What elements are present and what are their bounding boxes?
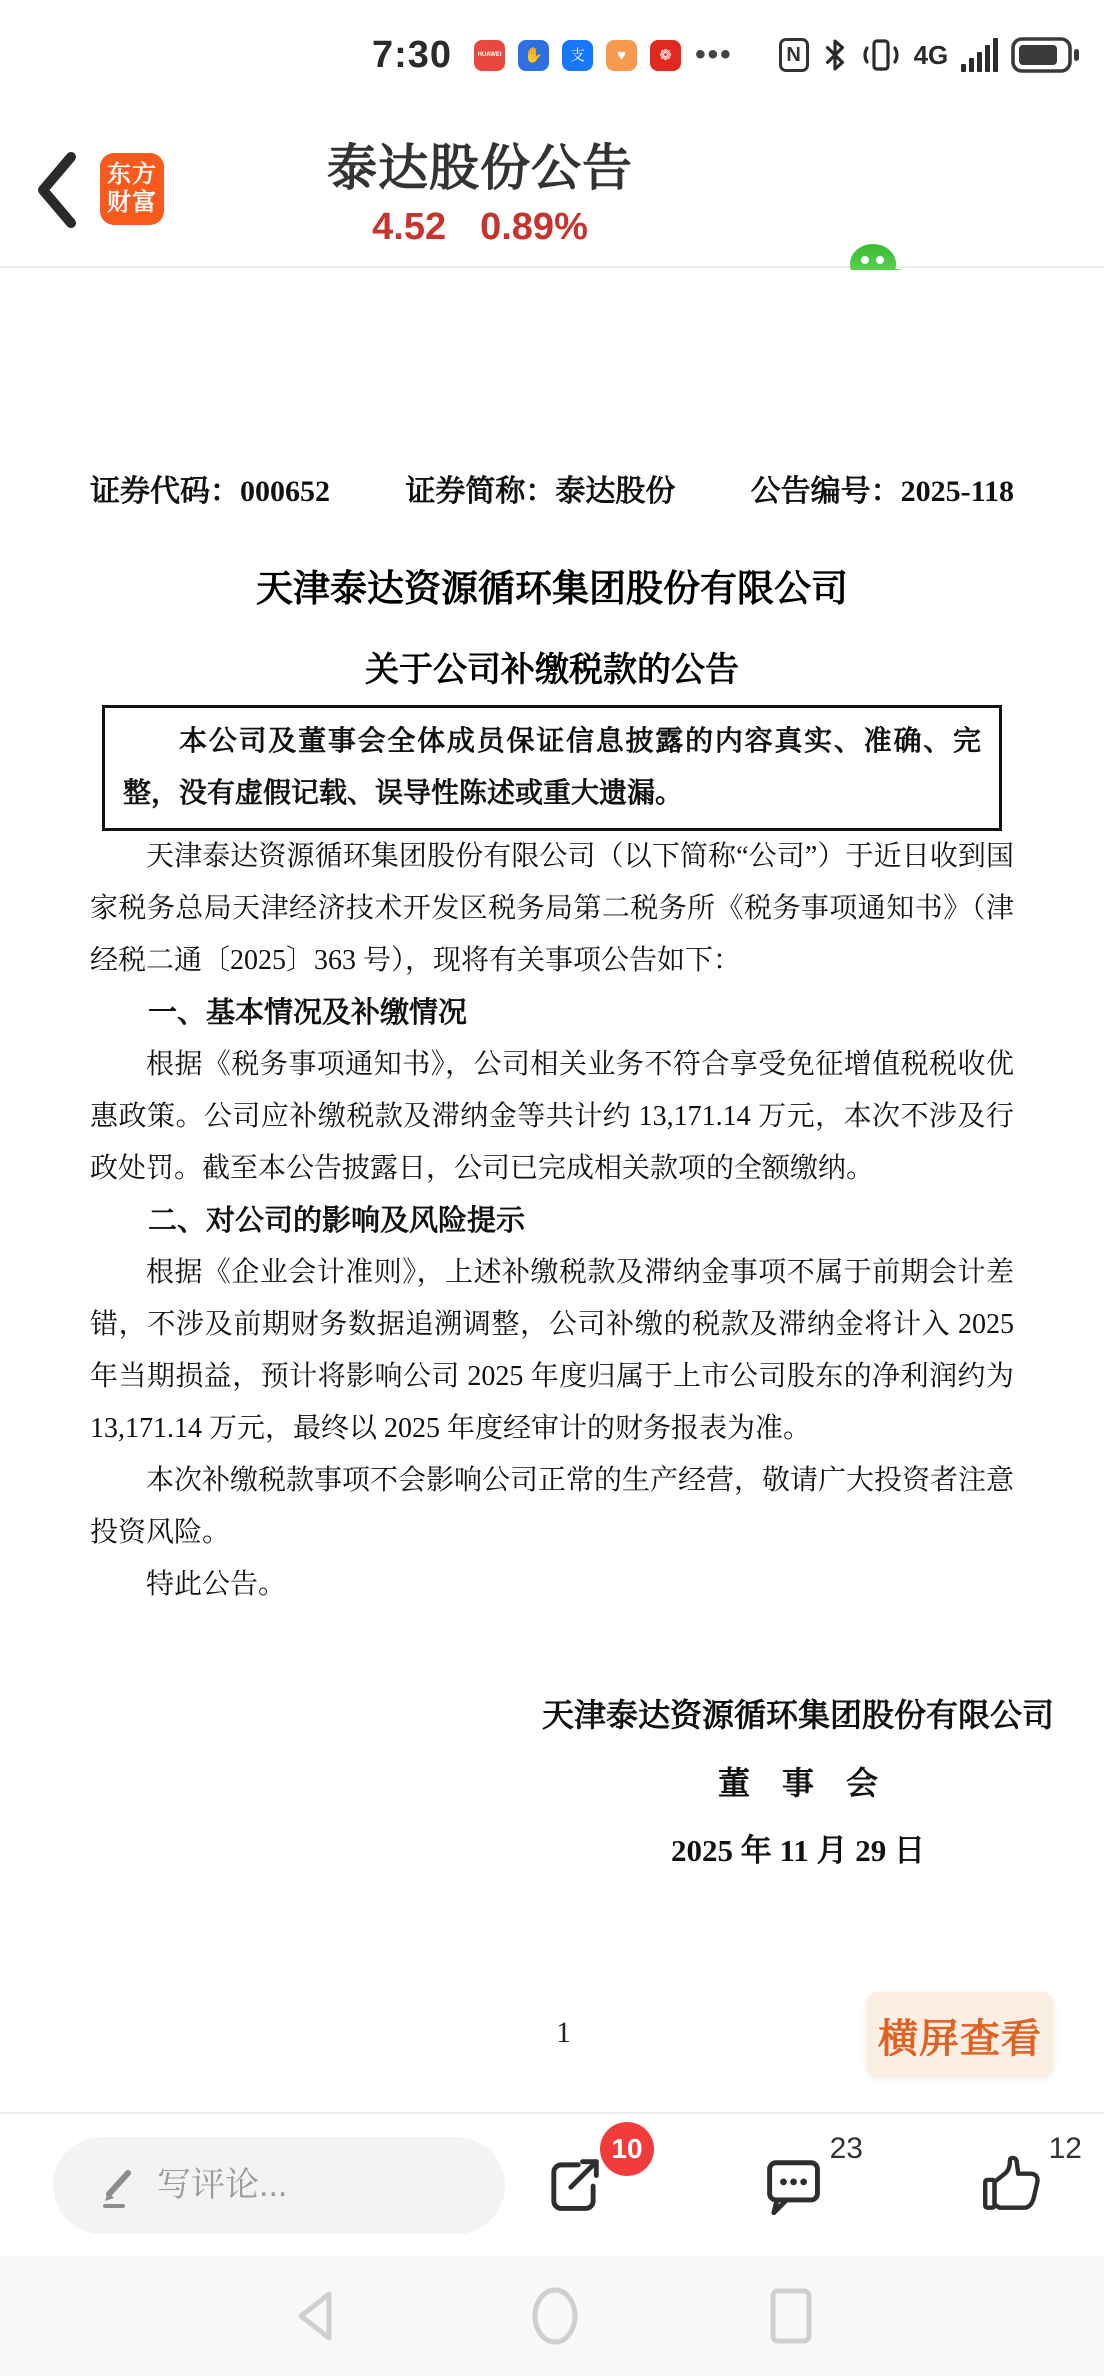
paragraph-intro: 天津泰达资源循环集团股份有限公司（以下简称“公司”）于近日收到国家税务总局天津经… [90,831,1014,987]
notification-app-icons: HUAWEI ✋ 支 ♥ ❁ [474,40,681,71]
clock: 7:30 [372,34,452,77]
bottom-action-bar: 10 23 12 [0,2112,1104,2256]
system-nav-bar [0,2256,1104,2376]
announcement-title: 关于公司补缴税款的公告 [90,642,1014,691]
alipay-app-icon: 支 [562,40,593,71]
app-header: 东方 财富 泰达股份公告 4.520.89% [0,110,1104,268]
signature-board: 董 事 会 [542,1749,1054,1817]
share-icon [540,2148,608,2220]
paragraph-impact: 根据《企业会计准则》，上述补缴税款及滞纳金事项不属于前期会计差错，不涉及前期财务… [90,1247,1014,1455]
thumbs-up-icon [978,2148,1044,2220]
disclaimer-box: 本公司及董事会全体成员保证信息披露的内容真实、准确、完整，没有虚假记载、误导性陈… [102,705,1002,831]
share-button[interactable]: 10 [540,2148,610,2222]
health-app-icon: ♥ [606,40,637,71]
bluetooth-icon [822,37,848,73]
announcement-number: 公告编号：2025-118 [751,466,1014,510]
share-count-badge: 10 [600,2122,654,2176]
comment-count: 23 [830,2132,863,2166]
like-count: 12 [1049,2132,1082,2166]
battery-icon [1011,36,1081,74]
nfc-icon: N [779,38,809,72]
landscape-view-button[interactable]: 横屏查看 [866,1992,1054,2078]
status-icons: N 4G [779,36,1082,74]
paragraph-basic-info: 根据《税务事项通知书》，公司相关业务不符合享受免征增值税税收优惠政策。公司应补缴… [90,1039,1014,1195]
document-meta-row: 证券代码：000652 证券简称：泰达股份 公告编号：2025-118 [90,466,1014,510]
status-bar: 7:30 HUAWEI ✋ 支 ♥ ❁ ••• N 4G [0,0,1104,110]
page-number: 1 [556,2016,571,2050]
security-code: 证券代码：000652 [90,466,330,510]
signature-date: 2025 年 11 月 29 日 [542,1817,1054,1885]
security-short-name: 证券简称：泰达股份 [405,466,675,510]
paragraph-closing: 特此公告。 [90,1559,1014,1611]
stock-change-percent: 0.89% [480,206,588,248]
like-button[interactable]: 12 [978,2148,1048,2222]
document-body: 天津泰达资源循环集团股份有限公司（以下简称“公司”）于近日收到国家税务总局天津经… [90,831,1014,1611]
hand-app-icon: ✋ [518,40,549,71]
signature-company: 天津泰达资源循环集团股份有限公司 [542,1681,1054,1749]
company-name-title: 天津泰达资源循环集团股份有限公司 [90,558,1014,612]
network-type-label: 4G [914,40,949,71]
nav-home-button[interactable] [529,2287,581,2345]
comment-input-pill[interactable] [53,2137,505,2234]
comments-button[interactable]: 23 [759,2148,829,2222]
paragraph-risk: 本次补缴税款事项不会影响公司正常的生产经营，敬请广大投资者注意投资风险。 [90,1455,1014,1559]
announcement-document: 证券代码：000652 证券简称：泰达股份 公告编号：2025-118 天津泰达… [0,270,1104,2112]
section-heading-2: 二、对公司的影响及风险提示 [90,1195,1014,1247]
signal-strength-icon [961,38,998,72]
page-title: 泰达股份公告 [0,128,1032,200]
huawei-app-icon: HUAWEI [474,40,505,71]
heart-app-icon: ❁ [650,40,681,71]
nav-recents-button[interactable] [769,2287,813,2345]
comment-bubble-icon [759,2148,827,2220]
section-heading-1: 一、基本情况及补缴情况 [90,987,1014,1039]
nav-back-button[interactable] [291,2288,341,2344]
comment-input[interactable] [157,2166,457,2205]
more-notifications-icon: ••• [695,38,733,72]
pencil-icon [97,2164,139,2208]
vibrate-icon [861,37,901,73]
stock-price: 4.52 [372,206,446,248]
signature-block: 天津泰达资源循环集团股份有限公司 董 事 会 2025 年 11 月 29 日 [542,1681,1054,1885]
